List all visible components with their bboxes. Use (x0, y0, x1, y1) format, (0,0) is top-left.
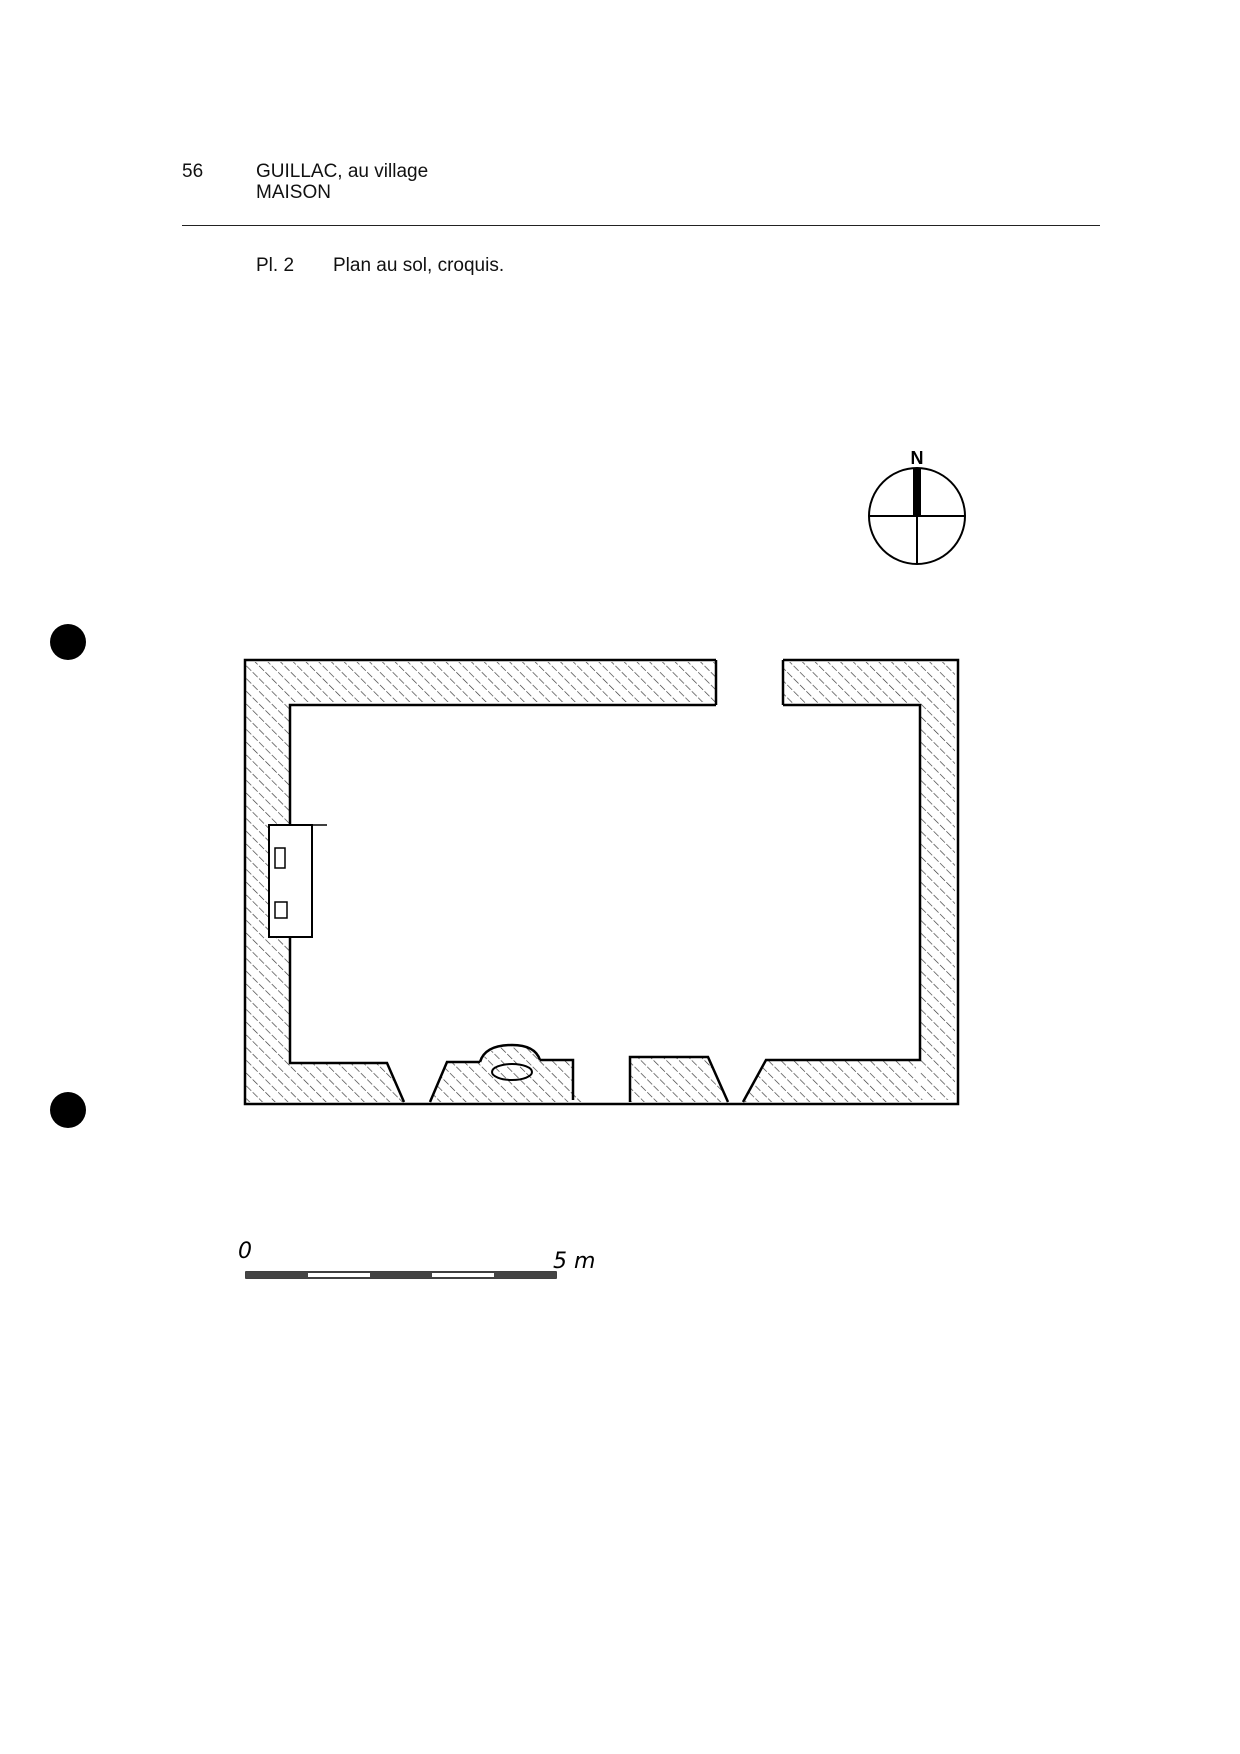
fireplace-recess (269, 825, 327, 937)
plan-outline (245, 660, 958, 1104)
floor-plan-drawing: N (0, 0, 1240, 1754)
plan-walls (245, 662, 955, 1102)
north-label: N (911, 448, 924, 468)
scale-bar: 0 5 m (238, 1239, 595, 1278)
scale-end-label: 5 m (553, 1249, 595, 1274)
scale-start-label: 0 (238, 1239, 252, 1264)
north-arrow-compass-icon: N (869, 448, 965, 564)
